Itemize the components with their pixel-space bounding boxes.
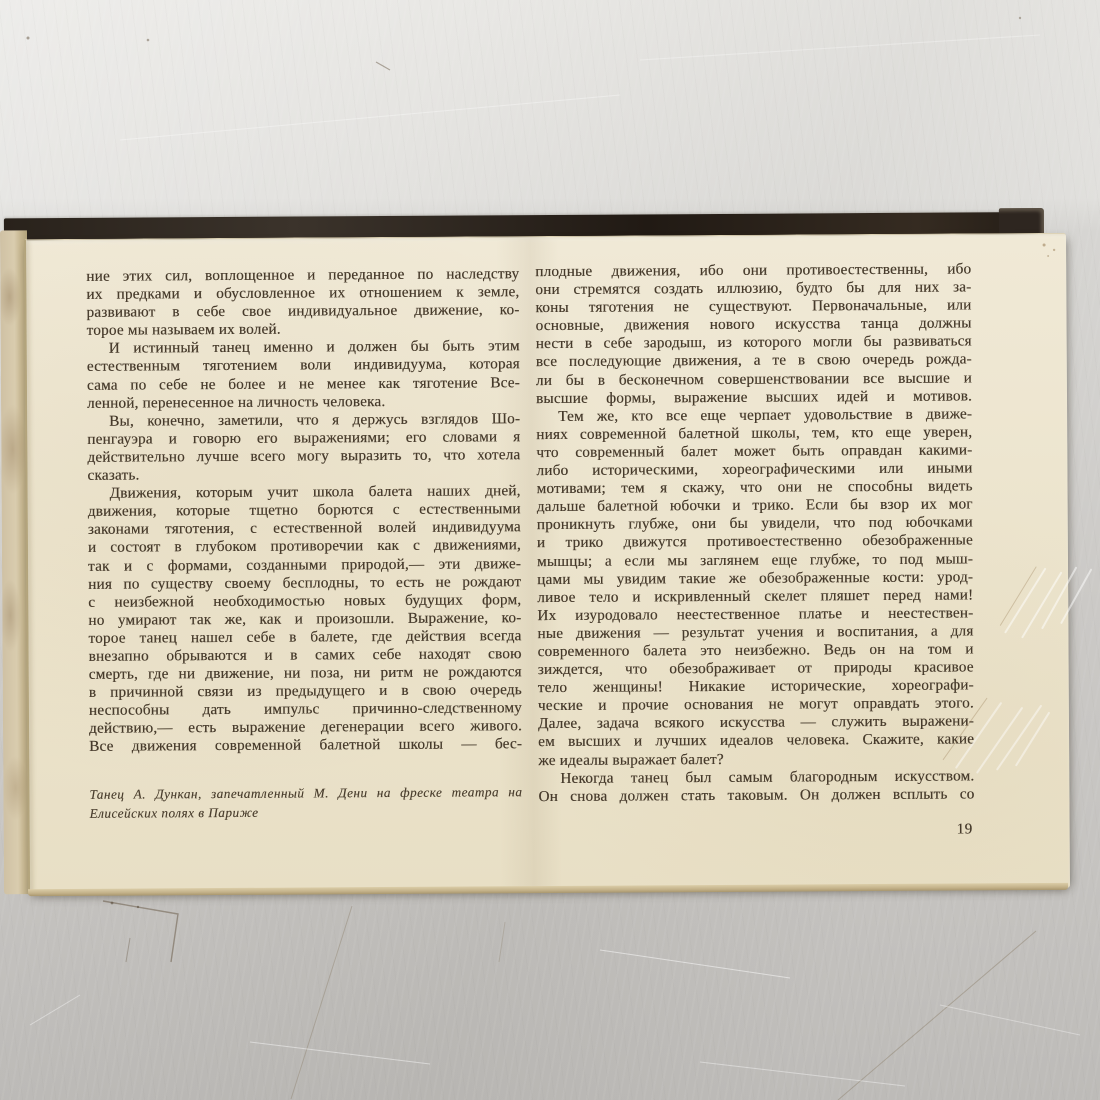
text-line: естественным тяготением воли индивидуума…	[87, 356, 520, 377]
text-line: так и с формами, созданными природой,— э…	[88, 555, 521, 576]
text-line: с неизбежной необходимостью новых будущи…	[88, 591, 521, 612]
text-line: высшие формы, выражение высших идей и мо…	[536, 387, 972, 408]
book: ние этих сил, воплощенное и переданное п…	[0, 0, 1100, 1100]
page-number: 19	[539, 821, 973, 841]
text-line: Все движения современной балетной школы …	[89, 736, 522, 757]
paragraph: плодные движения, ибо они противоестеств…	[535, 260, 972, 407]
paragraph: Некогда танец был самым благородным иску…	[538, 767, 974, 806]
text-line: ния по существу своему бесплодны, то ест…	[88, 573, 521, 594]
paragraph: И истинный танец именно и должен бы быть…	[87, 338, 520, 413]
text-line: ливое тело и искривленный скелет пляшет …	[537, 586, 973, 607]
text-line: сама по себе не более и не менее как тяг…	[87, 374, 520, 395]
text-line: развивают в себе свое индивидуальное дви…	[86, 301, 519, 322]
paragraph: Вы, конечно, заметили, что я держусь взг…	[87, 410, 520, 485]
text-line: все последующие движения, а те в свою оч…	[536, 351, 972, 372]
photo-caption: Танец А. Дункан, запечатленный М. Дени н…	[89, 783, 522, 823]
text-line: Танец А. Дункан, запечатленный М. Дени н…	[89, 783, 522, 804]
text-line: ем высших и лучших идеалов человека. Ска…	[538, 731, 974, 752]
paragraph: ние этих сил, воплощенное и переданное п…	[86, 265, 519, 340]
text-line: и состоят в глубоком противоречии как с …	[88, 537, 521, 558]
text-line: Некогда танец был самым благородным иску…	[538, 767, 974, 788]
paragraph: Тем же, кто все еще черпает удовольствие…	[536, 405, 974, 770]
text-line: и трико движутся противоестественно обез…	[537, 532, 973, 553]
text-line: мышцы; а если мы заглянем еще глубже, то…	[537, 550, 973, 571]
right-page-text: плодные движения, ибо они противоестеств…	[535, 260, 974, 805]
text-line: цами мы увидим такие же обезображенные к…	[537, 568, 973, 589]
text-line: действительно лучше всего могу выразить …	[87, 446, 520, 467]
text-line: ли бы в бесконечном совершенствовании вс…	[536, 369, 972, 390]
text-line: Он снова должен стать таковым. Он должен…	[538, 785, 974, 806]
paragraph: Движения, которым учит школа балета наши…	[88, 482, 523, 756]
left-page-text: ние этих сил, воплощенное и переданное п…	[86, 265, 522, 756]
text-line: Вы, конечно, заметили, что я держусь взг…	[87, 410, 520, 431]
paragraph: Танец А. Дункан, запечатленный М. Дени н…	[89, 783, 522, 823]
text-line: Елисейских полях в Париже	[89, 802, 522, 823]
